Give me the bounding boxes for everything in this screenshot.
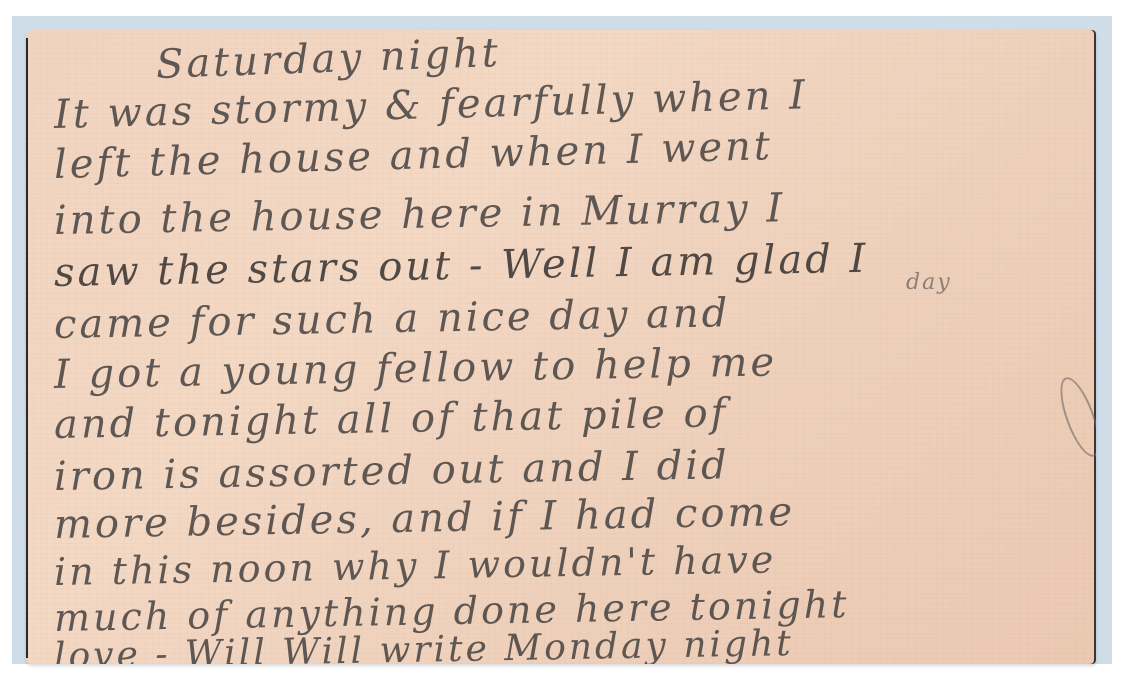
letter-line-7: and tonight all of that pile of: [54, 390, 729, 448]
letter-line-5: came for such a nice day and: [54, 290, 731, 348]
postcard: Saturday night It was stormy & fearfully…: [26, 30, 1096, 664]
letter-line-3: into the house here in Murray I: [54, 185, 786, 244]
letter-heading: Saturday night: [155, 30, 501, 88]
letter-insertion: day: [906, 270, 952, 295]
letter-line-4: saw the stars out - Well I am glad I: [54, 236, 869, 296]
card-edge: [26, 38, 28, 658]
letter-line-6: I got a young fellow to help me: [54, 339, 778, 398]
pencil-loop-doodle: [1052, 373, 1096, 462]
